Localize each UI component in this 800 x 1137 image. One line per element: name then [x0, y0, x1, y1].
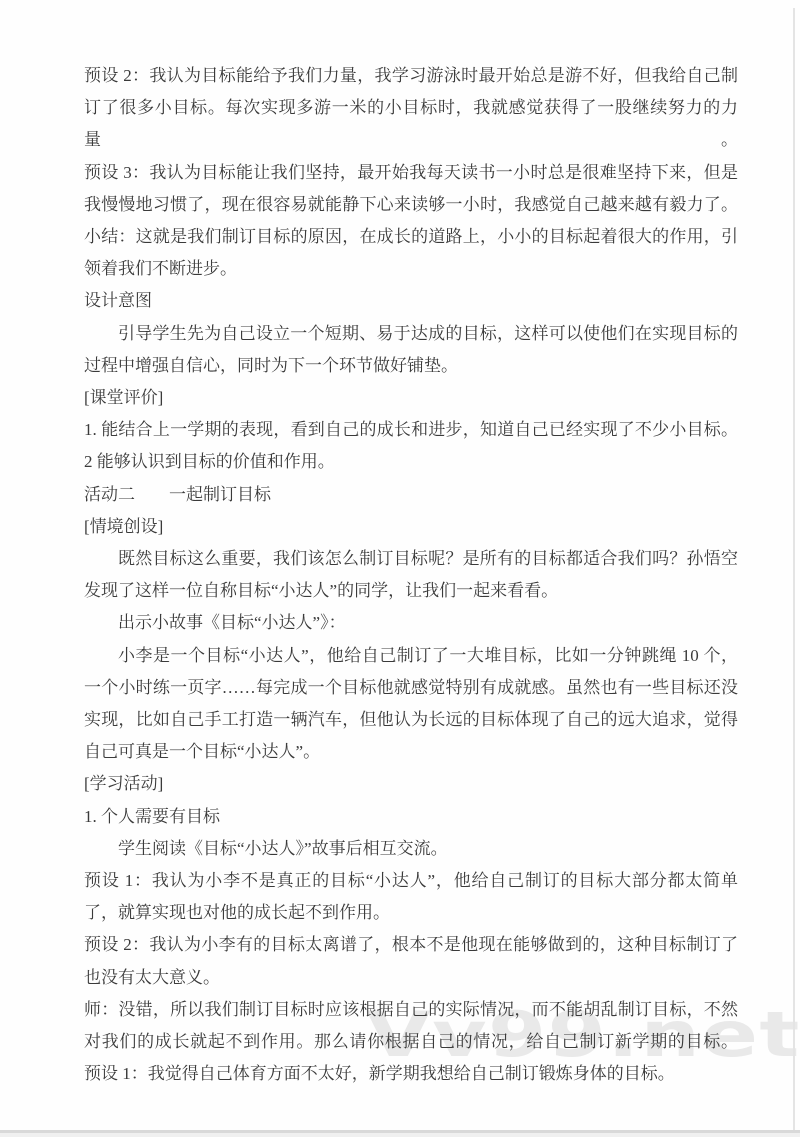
text-line: 领着我们不断进步。	[84, 253, 738, 285]
text-line: 一个小时练一页字……每完成一个目标他就感觉特别有成就感。虽然也有一些目标还没	[84, 672, 738, 704]
document-text-block: 预设 2：我认为目标能给予我们力量，我学习游泳时最开始总是游不好，但我给自己制订…	[84, 60, 738, 1091]
text-line: 订了很多小目标。每次实现多游一米的小目标时，我就感觉获得了一股继续努力的力量。	[84, 92, 738, 156]
text-line: 了，就算实现也对他的成长起不到作用。	[84, 897, 738, 929]
text-line: 1. 能结合上一学期的表现，看到自己的成长和进步，知道自己已经实现了不少小目标。	[84, 414, 738, 446]
text-line: 预设 1：我觉得自己体育方面不太好，新学期我想给自己制订锻炼身体的目标。	[84, 1058, 738, 1090]
text-line: [情境创设]	[84, 511, 738, 543]
text-line: 引导学生先为自己设立一个短期、易于达成的目标，这样可以使他们在实现目标的	[84, 318, 738, 350]
text-line: 预设 2：我认为目标能给予我们力量，我学习游泳时最开始总是游不好，但我给自己制	[84, 60, 738, 92]
page-bottom-strip	[0, 1133, 800, 1137]
text-line: [课堂评价]	[84, 382, 738, 414]
text-line: 既然目标这么重要，我们该怎么制订目标呢？是所有的目标都适合我们吗？孙悟空	[84, 543, 738, 575]
text-line: 1. 个人需要有目标	[84, 801, 738, 833]
document-page: Vv99.net 预设 2：我认为目标能给予我们力量，我学习游泳时最开始总是游不…	[0, 0, 800, 1137]
page-right-edge	[793, 8, 795, 1132]
text-line: 预设 2：我认为小李有的目标太离谱了，根本不是他现在能够做到的，这种目标制订了	[84, 929, 738, 961]
text-line: 学生阅读《目标“小达人》”故事后相互交流。	[84, 833, 738, 865]
text-line: 对我们的成长就起不到作用。那么请你根据自己的情况，给自己制订新学期的目标。	[84, 1026, 738, 1058]
text-line: [学习活动]	[84, 768, 738, 800]
text-line: 预设 1：我认为小李不是真正的目标“小达人”，他给自己制订的目标大部分都太简单	[84, 865, 738, 897]
text-line: 小结：这就是我们制订目标的原因，在成长的道路上，小小的目标起着很大的作用，引	[84, 221, 738, 253]
text-line: 也没有太大意义。	[84, 962, 738, 994]
text-line: 我慢慢地习惯了，现在很容易就能静下心来读够一小时，我感觉自己越来越有毅力了。	[84, 189, 738, 221]
text-line: 实现，比如自己手工打造一辆汽车，但他认为长远的目标体现了自己的远大追求，觉得	[84, 704, 738, 736]
text-line: 自己可真是一个目标“小达人”。	[84, 736, 738, 768]
text-line: 2 能够认识到目标的价值和作用。	[84, 446, 738, 478]
text-line: 活动二 一起制订目标	[84, 479, 738, 511]
text-line: 发现了这样一位自称目标“小达人”的同学，让我们一起来看看。	[84, 575, 738, 607]
text-line: 过程中增强自信心，同时为下一个环节做好铺垫。	[84, 350, 738, 382]
text-line: 小李是一个目标“小达人”，他给自己制订了一大堆目标，比如一分钟跳绳 10 个，	[84, 640, 738, 672]
text-line: 出示小故事《目标“小达人”》：	[84, 607, 738, 639]
text-line: 预设 3：我认为目标能让我们坚持，最开始我每天读书一小时总是很难坚持下来，但是	[84, 157, 738, 189]
text-line: 设计意图	[84, 285, 738, 317]
text-line: 师：没错，所以我们制订目标时应该根据自己的实际情况，而不能胡乱制订目标，不然	[84, 994, 738, 1026]
